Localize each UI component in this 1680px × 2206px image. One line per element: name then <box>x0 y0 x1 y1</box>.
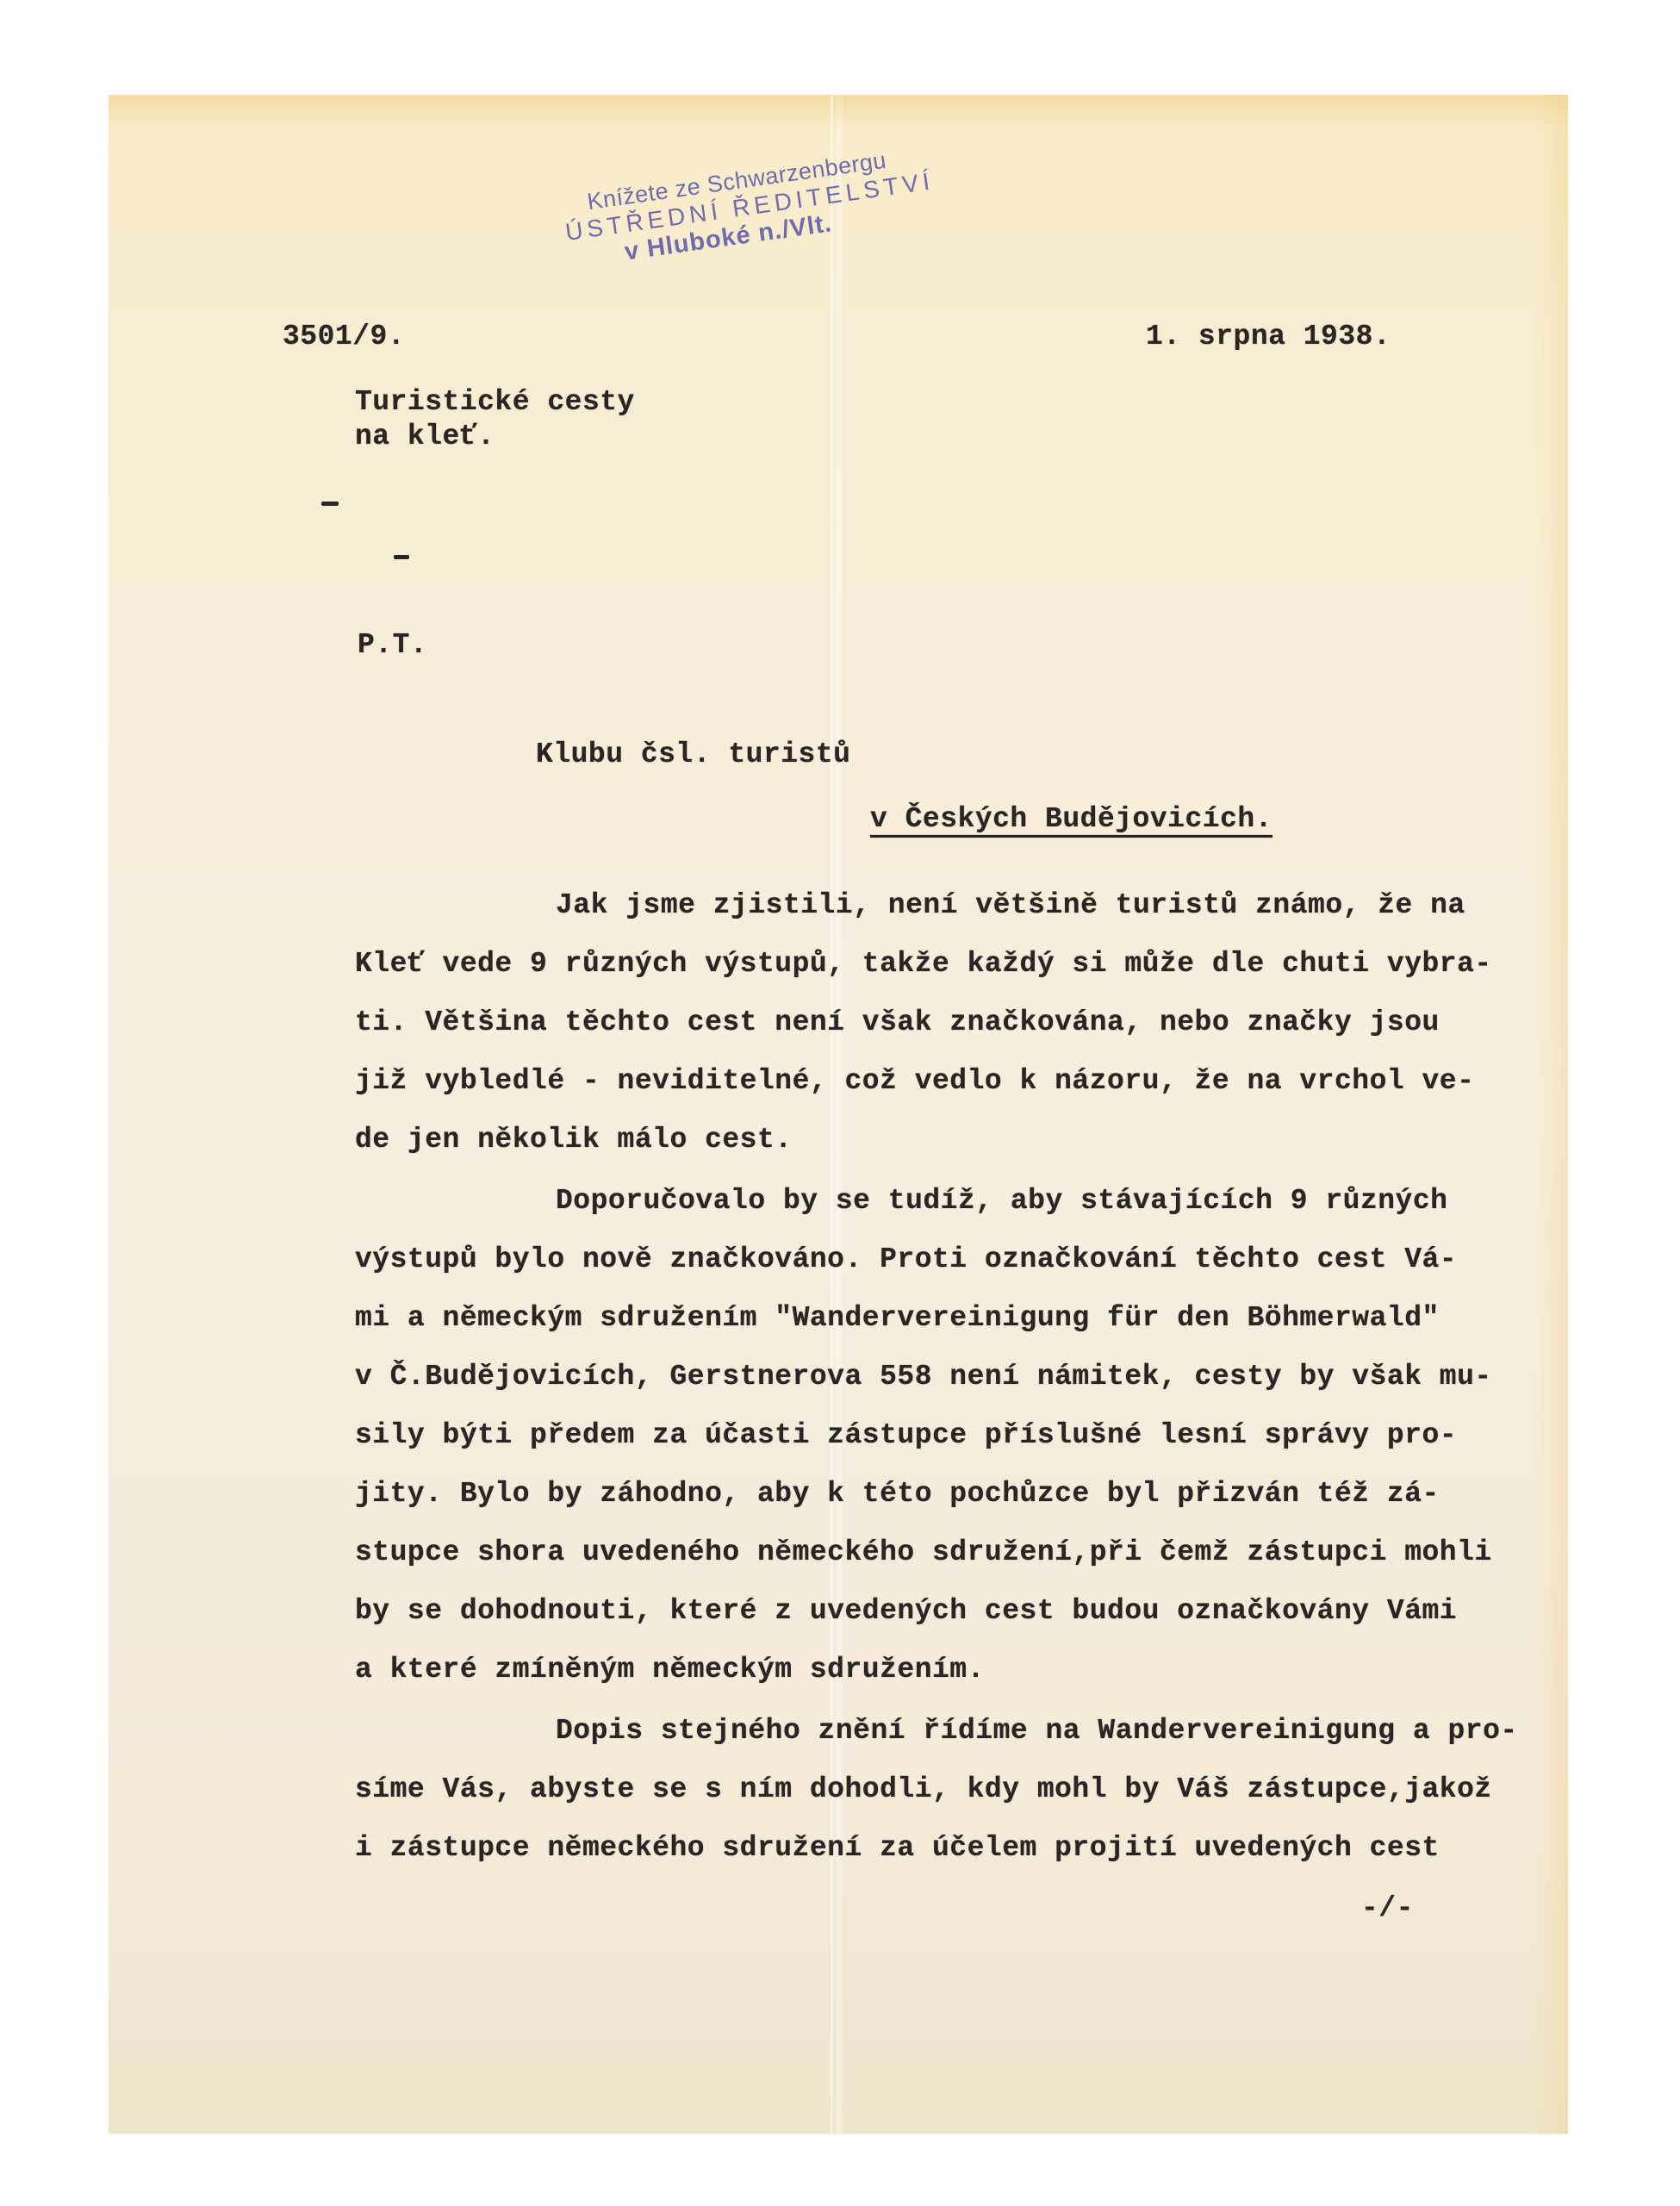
recipient-line-2: v Českých Budějovicích. <box>870 803 1272 835</box>
subject-line-2: na kleť. <box>355 421 495 452</box>
body-line: síme Vás, abyste se s ním dohodli, kdy m… <box>355 1773 1492 1805</box>
body-line: Dopis stejného znění řídíme na Wanderver… <box>556 1715 1518 1747</box>
body-line: mi a německým sdružením "Wandervereinigu… <box>355 1302 1440 1334</box>
recipient-line-1: Klubu čsl. turistů <box>536 738 850 770</box>
body-line: Jak jsme zjistili, není většině turistů … <box>556 889 1465 921</box>
body-line: jity. Bylo by záhodno, aby k této pochůz… <box>355 1478 1440 1510</box>
page-continuation-mark: -/- <box>1361 1892 1414 1924</box>
body-line: Kleť vede 9 různých výstupů, takže každý… <box>355 948 1492 980</box>
dash-mark-2 <box>394 555 409 559</box>
body-line: a které zmíněným německým sdružením. <box>355 1654 985 1686</box>
subject-line-1: Turistické cesty <box>355 386 635 418</box>
paper-sheet <box>109 95 1568 2134</box>
body-line: by se dohodnouti, které z uvedených cest… <box>355 1595 1457 1627</box>
body-line: výstupů bylo nově značkováno. Proti ozna… <box>355 1243 1457 1275</box>
fold-line <box>831 95 833 2134</box>
body-line: sily býti předem za účasti zástupce přís… <box>355 1419 1457 1451</box>
body-line: Doporučovalo by se tudíž, aby stávajícíc… <box>556 1185 1447 1217</box>
letter-date: 1. srpna 1938. <box>1146 321 1391 352</box>
body-line: již vybledlé - neviditelné, což vedlo k … <box>355 1065 1474 1097</box>
reference-number: 3501/9. <box>283 321 405 352</box>
body-line: v Č.Budějovicích, Gerstnerova 558 není n… <box>355 1361 1492 1393</box>
salutation: P.T. <box>358 629 427 661</box>
dash-mark-1 <box>321 502 339 506</box>
body-line: i zástupce německého sdružení za účelem … <box>355 1832 1440 1864</box>
body-line: stupce shora uvedeného německého sdružen… <box>355 1536 1492 1568</box>
body-line: ti. Většina těchto cest není však značko… <box>355 1006 1440 1038</box>
body-line: de jen několik málo cest. <box>355 1124 793 1156</box>
